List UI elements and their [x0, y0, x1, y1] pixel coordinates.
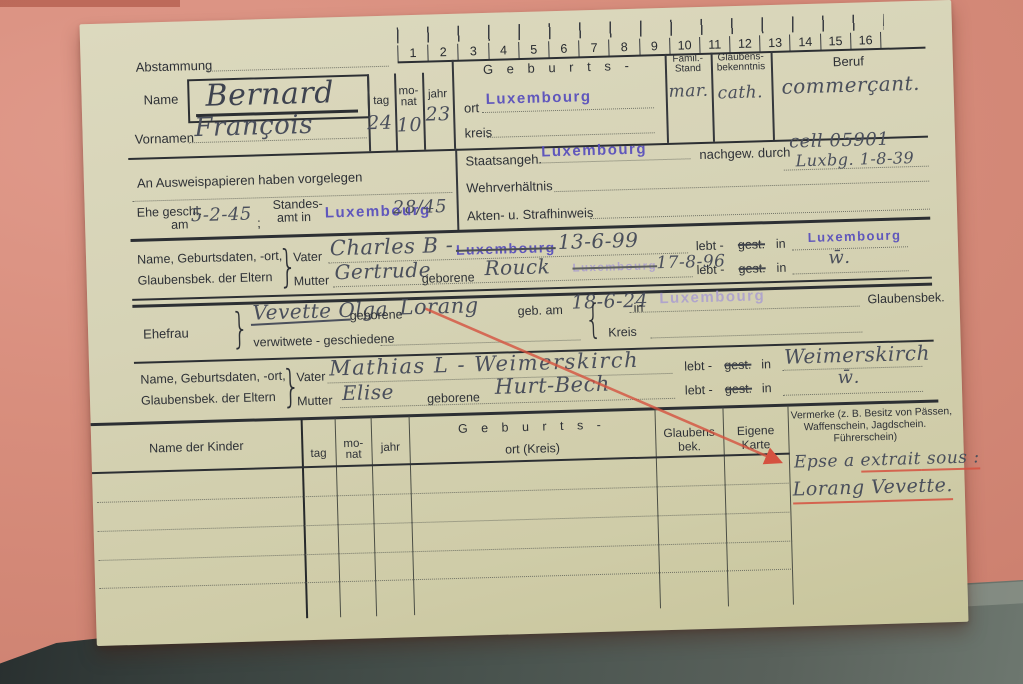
- kinder-geburts-header: G e b u r t s -: [409, 417, 655, 437]
- eltern2-in-label: in: [761, 358, 771, 371]
- familstand-value: mar.: [668, 83, 708, 101]
- eltern1-vater-in-stamp: Luxembourg: [808, 228, 902, 244]
- monat-label2: nat: [395, 96, 423, 109]
- eltern1-mutter-in-line: [793, 270, 909, 274]
- familstand-label2: Stand: [665, 64, 711, 76]
- eltern1-vater-label: Vater: [293, 251, 322, 265]
- abstammung-line: [207, 66, 389, 72]
- kinder-ort-kreis-header: ort (Kreis): [409, 439, 655, 459]
- ort-stamp: Luxembourg: [486, 89, 592, 107]
- ehefrau-in-label: in: [633, 302, 643, 315]
- glaubens-value: cath.: [717, 84, 763, 102]
- ehe-date: 5-2-45: [191, 206, 252, 226]
- beruf-value: commerçant.: [781, 73, 920, 97]
- kreis-label: kreis: [464, 126, 492, 140]
- vermerke-note-line2: Lorang Vevette.: [793, 476, 954, 504]
- wehr-line: [554, 181, 929, 192]
- eltern1-mutter-stamp: Luxembourg: [572, 261, 657, 275]
- vornamen-value: François: [194, 112, 313, 141]
- table-row-line: [98, 512, 792, 532]
- eltern1-mutter-ditto: w̄.: [828, 249, 851, 268]
- photo-scene: 1 2 3 4 5 6 7 8 9 10 11 12 13 14 15 16 A…: [0, 0, 1023, 684]
- verwitwete-label: verwitwete - geschiedene: [253, 333, 394, 350]
- eltern1-mutter-maiden: Rouck: [484, 256, 550, 278]
- vermerke-note-line1: Epse a extrait sous :: [794, 449, 980, 471]
- eltern2-mutter-ditto: w̄.: [837, 369, 860, 388]
- eigene-karte-header: Eigene: [723, 424, 788, 438]
- ehefrau-brace: }: [230, 308, 249, 350]
- registration-card: 1 2 3 4 5 6 7 8 9 10 11 12 13 14 15 16 A…: [79, 0, 968, 646]
- divider-line: [455, 149, 459, 231]
- eltern2-gest2-label: gest.: [725, 383, 752, 397]
- kinder-tag-header: tag: [301, 447, 335, 460]
- name-label: Name: [143, 93, 178, 108]
- tag-label: tag: [368, 95, 395, 108]
- standesamt-label2: amt in: [277, 211, 311, 225]
- eltern1-gest-label: gest.: [738, 238, 765, 252]
- eltern1-mutter-label: Mutter: [294, 274, 330, 288]
- staatsangeh-label: Staatsangeh.: [465, 152, 542, 168]
- eltern1-gest2-label: gest.: [738, 262, 765, 276]
- eltern2-mutter-label: Mutter: [297, 394, 333, 408]
- ehe-am-label: am: [171, 218, 189, 232]
- ehefrau-geborene-label: geborene: [350, 308, 403, 323]
- ehefrau-kreis-line: [650, 332, 862, 339]
- eltern1-label2: Glaubensbek. der Eltern: [138, 271, 273, 288]
- eltern2-gest-label: gest.: [724, 359, 751, 373]
- ehefrau-in-stamp: Luxembourg: [659, 288, 765, 306]
- wehr-label: Wehrverhältnis: [466, 179, 553, 195]
- note-text-underlined2: sous :: [921, 447, 980, 471]
- note-text: Epse a: [794, 451, 861, 473]
- eltern1-vater-name: Charles B -: [330, 235, 454, 259]
- note-text-underlined: extrait: [860, 449, 921, 473]
- eltern2-label1: Name, Geburtsdaten, -ort,: [140, 370, 286, 387]
- kreis-brace: {: [584, 299, 602, 339]
- eltern2-mutter-maiden: Hurt-Bech: [494, 374, 610, 398]
- eltern1-in2-label: in: [776, 262, 786, 275]
- kinder-name-header: Name der Kinder: [91, 438, 301, 457]
- kinder-jahr-header: jahr: [371, 441, 409, 454]
- akten-label: Akten- u. Strafhinweis: [467, 206, 594, 223]
- ehe-semicolon: ;: [257, 216, 261, 230]
- kinder-glaubens-header2: bek.: [655, 439, 723, 453]
- table-row-line: [98, 541, 792, 561]
- staatsangeh-stamp: Luxembourg: [541, 141, 647, 159]
- monat-value: 10: [395, 116, 424, 136]
- name-value: Bernard: [205, 78, 334, 112]
- abstammung-label: Abstammung: [136, 59, 213, 75]
- tag-value: 24: [366, 114, 394, 134]
- eltern1-lebt2-label: lebt -: [696, 263, 724, 277]
- ehefrau-glaubensbek-label: Glaubensbek.: [867, 291, 944, 306]
- eltern1-in-label: in: [776, 238, 786, 251]
- geburts-heading: G e b u r t s -: [456, 58, 661, 77]
- eltern2-mutter-in-line: [783, 391, 923, 396]
- kreis-line: [487, 132, 655, 138]
- ort-line: [482, 107, 654, 113]
- eltern2-vater-label: Vater: [296, 371, 325, 385]
- standesamt-number: 28/45: [393, 198, 448, 218]
- eltern2-label2: Glaubensbek. der Eltern: [141, 391, 276, 408]
- table-row-line: [97, 483, 791, 503]
- glaubens-label2: bekenntnis: [711, 62, 771, 74]
- eltern2-in2-label: in: [762, 382, 772, 395]
- beruf-label: Beruf: [771, 53, 926, 71]
- eltern1-mutter-name: Gertrude: [334, 260, 431, 283]
- ausweis-label: An Ausweispapieren haben vorgelegen: [137, 170, 363, 190]
- kinder-glaubens-header: Glaubens: [655, 425, 723, 439]
- jahr-value: 23: [423, 105, 454, 125]
- jahr-label: jahr: [422, 88, 452, 101]
- nachgew-label: nachgew. durch: [699, 145, 790, 161]
- eltern1-label1: Name, Geburtsdaten, -ort,: [137, 250, 283, 267]
- geb-am-label: geb. am: [517, 304, 563, 318]
- vornamen-label: Vornamen: [135, 131, 195, 146]
- eltern2-lebt2-label: lebt -: [685, 384, 713, 398]
- eltern2-mutter-name: Elise: [342, 382, 395, 403]
- eltern2-vater-in-value: Weimerskirch: [784, 343, 930, 367]
- ehefrau-label: Ehefrau: [143, 326, 189, 341]
- verwitwete-line: [381, 339, 581, 346]
- eigene-karte-header2: Karte: [723, 438, 788, 452]
- ort-label: ort: [464, 101, 480, 115]
- table-row-line: [99, 569, 793, 589]
- kinder-monat-header2: nat: [335, 448, 371, 461]
- ehefrau-kreis-label: Kreis: [608, 326, 637, 340]
- ehefrau-maiden: Lorang: [399, 295, 479, 318]
- eltern1-vater-date: 13-6-99: [557, 230, 638, 252]
- eltern2-lebt-label: lebt -: [684, 360, 712, 374]
